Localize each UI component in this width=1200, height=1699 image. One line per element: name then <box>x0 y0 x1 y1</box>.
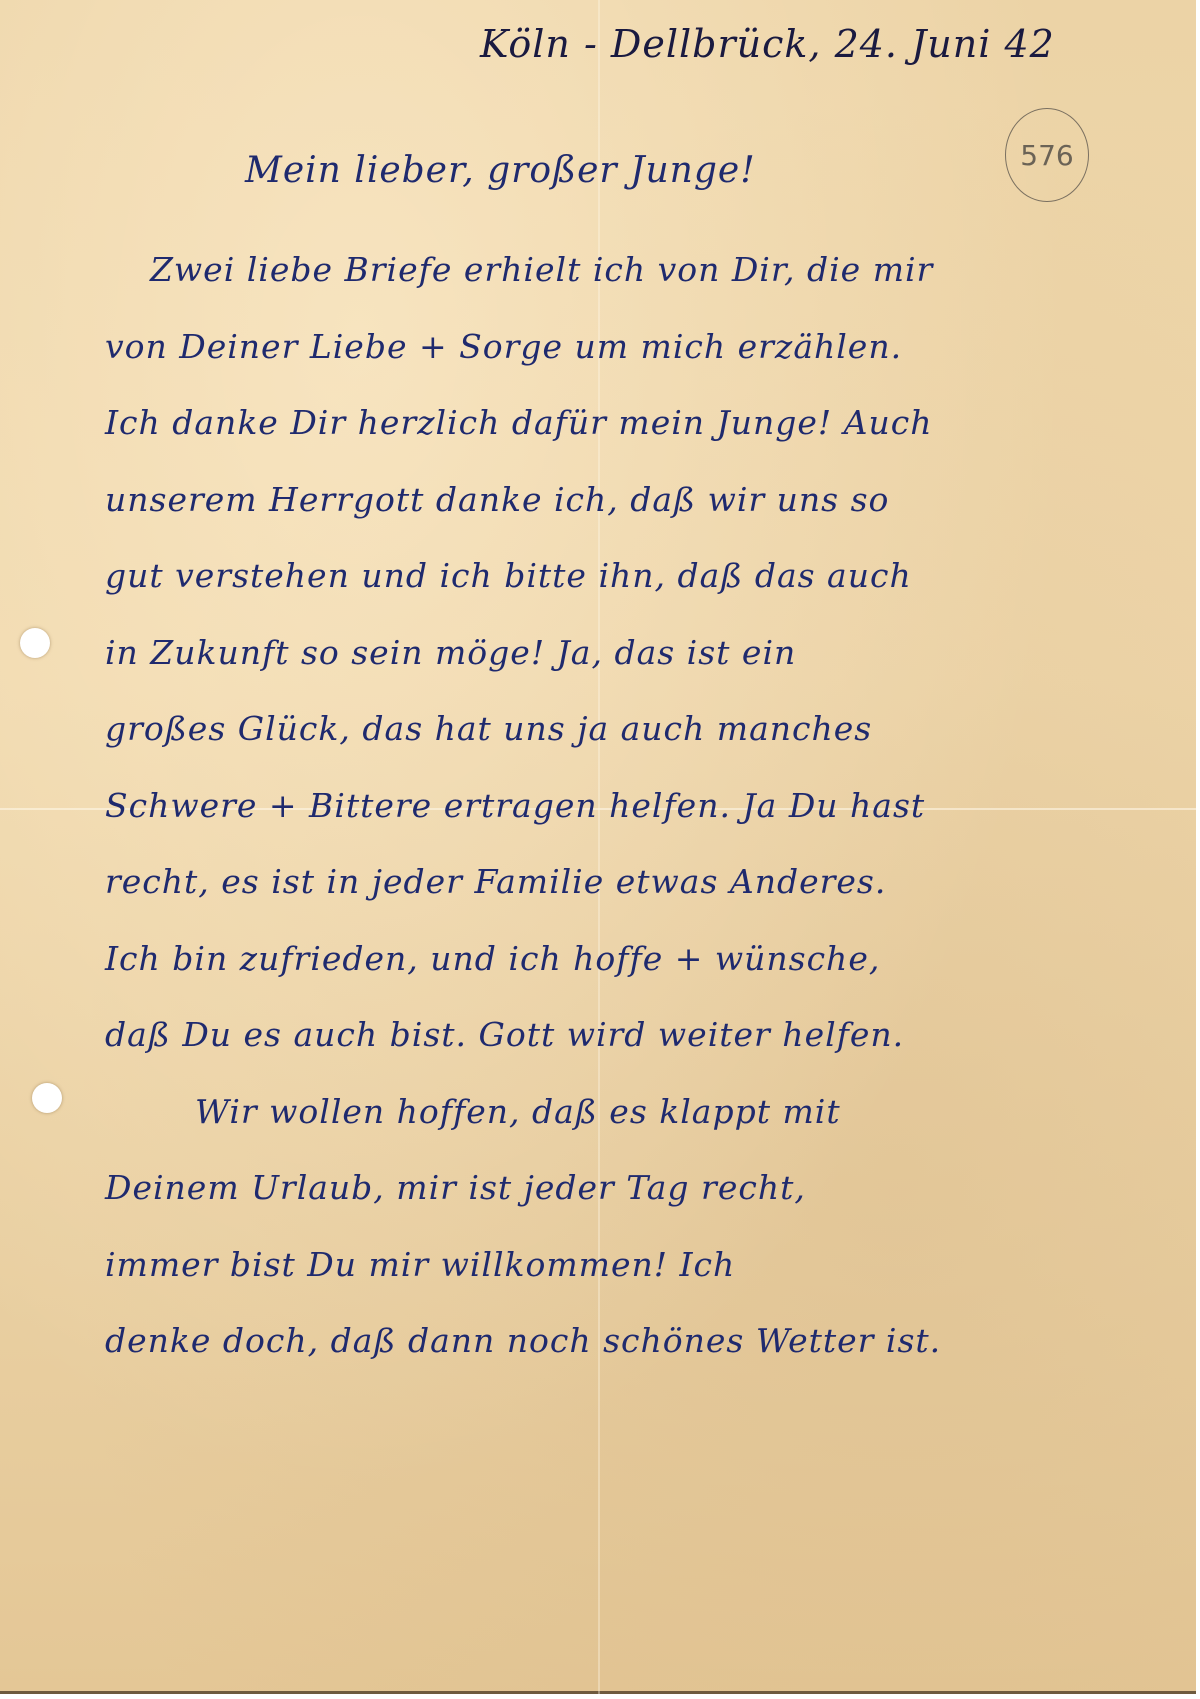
punch-hole-lower <box>32 1083 62 1113</box>
letter-line: in Zukunft so sein möge! Ja, das ist ein <box>105 633 796 672</box>
letter-line: gut verstehen und ich bitte ihn, daß das… <box>105 556 912 595</box>
letter-line: Wir wollen hoffen, daß es klappt mit <box>195 1092 841 1131</box>
letter-line: Ich danke Dir herzlich dafür mein Junge!… <box>105 403 933 442</box>
letter-line: von Deiner Liebe + Sorge um mich erzähle… <box>105 327 902 366</box>
place-date-line: Köln - Dellbrück, 24. Juni 42 <box>480 22 1055 66</box>
salutation: Mein lieber, großer Junge! <box>245 150 756 191</box>
letter-line: unserem Herrgott danke ich, daß wir uns … <box>105 480 889 519</box>
punch-hole-upper <box>20 628 50 658</box>
letter-line: großes Glück, das hat uns ja auch manche… <box>105 709 872 748</box>
letter-line: Ich bin zufrieden, und ich hoffe + wünsc… <box>105 939 880 978</box>
letter-line: Deinem Urlaub, mir ist jeder Tag recht, <box>105 1168 806 1207</box>
letter-line: denke doch, daß dann noch schönes Wetter… <box>105 1321 941 1360</box>
archive-number: 576 <box>1020 139 1073 172</box>
letter-line: Schwere + Bittere ertragen helfen. Ja Du… <box>105 786 925 825</box>
letter-line: immer bist Du mir willkommen! Ich <box>105 1245 735 1284</box>
letter-line: daß Du es auch bist. Gott wird weiter he… <box>105 1015 904 1054</box>
letter-line: Zwei liebe Briefe erhielt ich von Dir, d… <box>150 250 933 289</box>
letter-line: recht, es ist in jeder Familie etwas And… <box>105 862 886 901</box>
letter-page: Köln - Dellbrück, 24. Juni 42 576 Mein l… <box>0 0 1196 1694</box>
archive-number-circle: 576 <box>1005 108 1089 202</box>
